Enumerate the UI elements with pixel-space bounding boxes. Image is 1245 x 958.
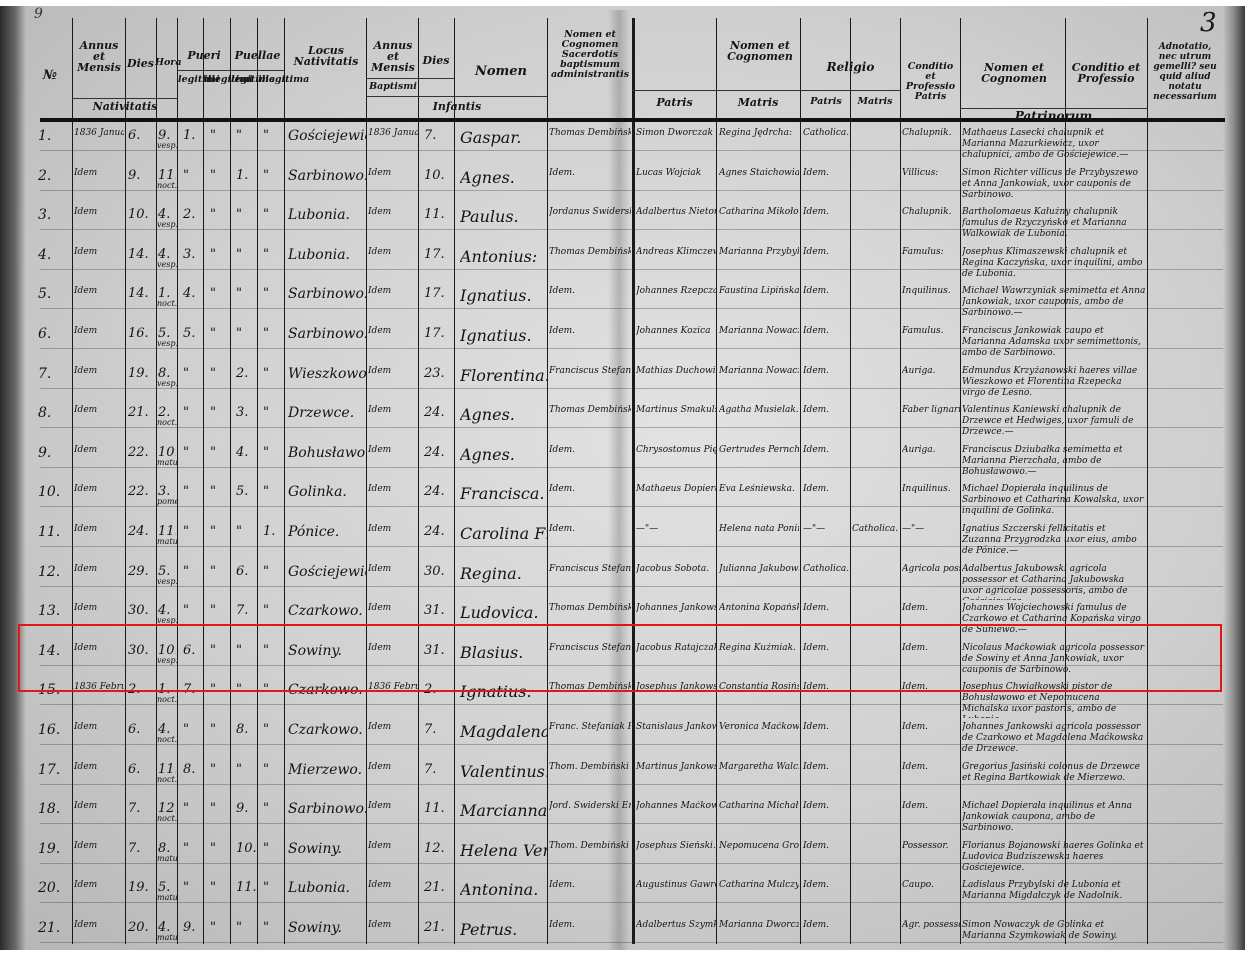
godparents: Michael Dopierała inquilinus et Anna Jan… (962, 801, 1147, 837)
girls-legitimate: 6. (236, 564, 256, 579)
baptism-year-month: Idem (368, 920, 418, 931)
header-parents-name: Nomen et Cognomen (700, 40, 820, 62)
birth-year-month: Idem (74, 801, 124, 812)
godparents: Gregorius Jasiński colonus de Drzewce et… (962, 762, 1147, 798)
boys-legitimate: " (183, 168, 203, 183)
birth-hour-note: matut. (157, 934, 177, 942)
birth-day: 21. (128, 405, 154, 420)
godparents: Valentinus Kaniewski chalupnik de Drzewc… (962, 405, 1147, 441)
infant-name: Agnes. (460, 445, 548, 464)
infant-name: Paulus. (460, 207, 548, 226)
column-rule (716, 18, 717, 944)
father-name: Stanislaus Jankowski. (636, 722, 716, 733)
entry-number: 16. (38, 722, 68, 738)
header-baptismi: Baptismi (367, 82, 419, 92)
girls-illegitimate: " (263, 603, 283, 618)
priest-name: Idem. (549, 168, 631, 179)
priest-name: Thomas Dembiński Mansionarius loci: (549, 405, 631, 416)
father-name: Josephus Sieński. (636, 841, 716, 852)
place-of-birth: Lubonia. (288, 880, 366, 896)
boys-legitimate: " (183, 405, 203, 420)
father-occupation: Idem. (902, 603, 960, 614)
girls-legitimate: 1. (236, 168, 256, 183)
column-rule (900, 18, 901, 944)
father-occupation: —"— (902, 524, 960, 535)
mother-name: Eva Leśniewska. (719, 484, 799, 495)
entry-number: 2. (38, 168, 68, 184)
baptism-year-month: Idem (368, 247, 418, 258)
boys-legitimate: 3. (183, 247, 203, 262)
corner-mark: 9 (34, 6, 43, 22)
header-baptism-year-month: Annus et Mensis (367, 40, 419, 73)
header-religion: Religio (801, 62, 900, 73)
baptism-day: 17. (424, 247, 452, 262)
column-rule (156, 18, 157, 944)
birth-year-month: Idem (74, 603, 124, 614)
birth-hour: 4. (158, 920, 176, 935)
girls-legitimate: " (236, 286, 256, 301)
birth-hour-note: noct. (157, 419, 177, 427)
mother-name: Marianna Nowaczyk. (719, 366, 799, 377)
girls-legitimate: " (236, 524, 256, 539)
header-rule (177, 70, 284, 71)
father-name: Mathaeus Dopierała. (636, 484, 716, 495)
priest-name: Thom. Dembiński M. l. (549, 762, 631, 773)
birth-hour-note: matut. (157, 855, 177, 863)
birth-hour: 1. (158, 286, 176, 301)
infant-name: Florentina. (460, 366, 548, 385)
girls-legitimate: 4. (236, 445, 256, 460)
infant-name: Helena Veronica. (460, 841, 548, 860)
header-baptism-day: Dies (418, 55, 454, 66)
father-name: Johannes Kozica (636, 326, 716, 337)
baptism-year-month: Idem (368, 445, 418, 456)
girls-legitimate: " (236, 326, 256, 341)
priest-name: Jord. Świderski Emer. loci. (549, 801, 631, 812)
place-of-birth: Mierzewo. (288, 762, 366, 778)
father-occupation: Villicus: (902, 168, 960, 179)
godparents: Adalbertus Jakubowski agricola possessor… (962, 564, 1147, 600)
baptism-year-month: Idem (368, 801, 418, 812)
header-puellae: Puellae (231, 50, 284, 61)
birth-year-month: Idem (74, 841, 124, 852)
header-pueri-legitimi: legitimi (178, 75, 204, 85)
birth-hour: 5. (158, 880, 176, 895)
entry-number: 11. (38, 524, 68, 540)
boys-illegitimate: " (210, 445, 230, 460)
header-number: № (30, 70, 70, 81)
birth-hour: 5. (158, 326, 176, 341)
father-name: Lucas Wojciak (636, 168, 716, 179)
birth-hour-note: vesp. (157, 261, 177, 269)
entry-number: 19. (38, 841, 68, 857)
mother-name: Julianna Jakubowska. (719, 564, 799, 575)
godparents: Mathaeus Lasecki chalupnik et Marianna M… (962, 128, 1147, 164)
girls-legitimate: " (236, 128, 256, 143)
header-pueri-illegitimi: illegitimi (204, 75, 230, 85)
place-of-birth: Gościejewice. (288, 128, 366, 144)
infant-name: Ignatius. (460, 326, 548, 345)
entry-number: 8. (38, 405, 68, 421)
religion-father: Idem. (803, 405, 851, 416)
boys-legitimate: 2. (183, 207, 203, 222)
baptism-year-month: Idem (368, 366, 418, 377)
religion-father: Idem. (803, 603, 851, 614)
mother-name: Agatha Musielak. (719, 405, 799, 416)
column-rule (800, 18, 801, 944)
birth-year-month: Idem (74, 564, 124, 575)
entry-number: 10. (38, 484, 68, 500)
father-name: Mathias Duchowiak. (636, 366, 716, 377)
girls-illegitimate: " (263, 366, 283, 381)
baptism-day: 7. (424, 128, 452, 143)
priest-name: Idem. (549, 445, 631, 456)
header-infantis: Infantis (367, 101, 547, 112)
father-name: Johannes Jankowski (636, 603, 716, 614)
header-rule (72, 98, 177, 99)
baptism-year-month: Idem (368, 564, 418, 575)
mother-name: Nepomucena Grocholska. (719, 841, 799, 852)
birth-hour-note: matut. (157, 538, 177, 546)
birth-day: 7. (128, 841, 154, 856)
girls-illegitimate: " (263, 128, 283, 143)
header-mother: Matris (716, 97, 800, 108)
place-of-birth: Drzewce. (288, 405, 366, 421)
birth-hour: 11. (158, 168, 176, 183)
header-patrinorum: Patrinorum (960, 111, 1147, 122)
baptism-day: 31. (424, 603, 452, 618)
header-birth-year-month: Annus et Mensis (74, 40, 124, 73)
infant-name: Ignatius. (460, 286, 548, 305)
boys-illegitimate: " (210, 484, 230, 499)
priest-name: Thomas Dembiński Mansionarius: (549, 128, 631, 139)
mother-name: Faustina Lipińska. (719, 286, 799, 297)
girls-legitimate: 10. (236, 841, 256, 856)
boys-illegitimate: " (210, 524, 230, 539)
birth-hour-note: vesp. (157, 340, 177, 348)
infant-name: Valentinus. (460, 762, 548, 781)
boys-legitimate: 4. (183, 286, 203, 301)
header-priest: Nomen et Cognomen Sacerdotis baptismum a… (548, 30, 632, 80)
boys-legitimate: 5. (183, 326, 203, 341)
column-rule (960, 18, 961, 944)
religion-father: Idem. (803, 207, 851, 218)
priest-name: Thom. Dembiński M. l. (549, 841, 631, 852)
mother-name: Gertrudes Pernchała. (719, 445, 799, 456)
entry-number: 4. (38, 247, 68, 263)
baptism-day: 21. (424, 880, 452, 895)
entry-number: 1. (38, 128, 68, 144)
religion-father: —"— (803, 524, 851, 535)
baptism-year-month: Idem (368, 841, 418, 852)
religion-father: Idem. (803, 247, 851, 258)
boys-illegitimate: " (210, 841, 230, 856)
birth-hour: 11. (158, 524, 176, 539)
boys-illegitimate: " (210, 326, 230, 341)
header-religion-mother: Matris (850, 97, 900, 107)
header-rule (366, 78, 454, 79)
girls-legitimate: 9. (236, 801, 256, 816)
girls-legitimate: " (236, 920, 256, 935)
birth-day: 29. (128, 564, 154, 579)
birth-year-month: Idem (74, 366, 124, 377)
boys-illegitimate: " (210, 405, 230, 420)
birth-day: 22. (128, 484, 154, 499)
priest-name: Idem. (549, 524, 631, 535)
header-rule (632, 90, 900, 91)
column-rule (230, 18, 231, 944)
birth-hour-note: vesp. (157, 221, 177, 229)
religion-father: Idem. (803, 762, 851, 773)
priest-name: Franciscus Stefaniak Praepositus loci: (549, 564, 631, 575)
religion-father: Idem. (803, 445, 851, 456)
boys-legitimate: " (183, 564, 203, 579)
boys-legitimate: " (183, 841, 203, 856)
boys-legitimate: " (183, 445, 203, 460)
entry-number: 17. (38, 762, 68, 778)
boys-illegitimate: " (210, 128, 230, 143)
baptism-year-month: Idem (368, 326, 418, 337)
birth-day: 14. (128, 286, 154, 301)
baptism-day: 24. (424, 484, 452, 499)
birth-hour: 12. (158, 801, 176, 816)
birth-hour: 3. (158, 484, 176, 499)
boys-illegitimate: " (210, 603, 230, 618)
birth-hour-note: noct. (157, 736, 177, 744)
entry-number: 9. (38, 445, 68, 461)
girls-legitimate: 3. (236, 405, 256, 420)
girls-illegitimate: " (263, 405, 283, 420)
birth-hour: 8. (158, 366, 176, 381)
birth-day: 20. (128, 920, 154, 935)
girls-illegitimate: " (263, 722, 283, 737)
entry-number: 13. (38, 603, 68, 619)
entry-number: 6. (38, 326, 68, 342)
birth-year-month: Idem (74, 524, 124, 535)
boys-illegitimate: " (210, 366, 230, 381)
header-infant-name: Nomen (456, 66, 546, 77)
birth-hour-note: noct. (157, 815, 177, 823)
infant-name: Magdalena. (460, 722, 548, 741)
place-of-birth: Lubonia. (288, 247, 366, 263)
birth-year-month: Idem (74, 445, 124, 456)
baptism-year-month: Idem (368, 286, 418, 297)
father-occupation: Inquilinus. (902, 286, 960, 297)
column-rule (284, 18, 285, 944)
godparents: Simon Richter villicus de Przybyszewo et… (962, 168, 1147, 204)
priest-name: Thomas Dembiński Mansionarius loci: (549, 247, 631, 258)
boys-legitimate: " (183, 603, 203, 618)
father-occupation: Idem. (902, 801, 960, 812)
girls-legitimate: 8. (236, 722, 256, 737)
header-father: Patris (633, 97, 716, 108)
mother-name: Marianna Dworczak. (719, 920, 799, 931)
entry-number: 7. (38, 366, 68, 382)
column-rule (203, 18, 204, 944)
register-page-scan: 9 3 № Annus et Mensis Dies Hora Nativita… (0, 0, 1245, 958)
birth-hour: 4. (158, 207, 176, 222)
godparents: Simon Nowaczyk de Golinka et Marianna Sz… (962, 920, 1147, 956)
girls-illegitimate: " (263, 880, 283, 895)
boys-illegitimate: " (210, 722, 230, 737)
birth-day: 6. (128, 128, 154, 143)
birth-year-month: Idem (74, 762, 124, 773)
girls-illegitimate: " (263, 207, 283, 222)
header-father-occupation: Conditio et Professio Patris (901, 62, 960, 102)
baptism-day: 24. (424, 405, 452, 420)
entry-number: 5. (38, 286, 68, 302)
religion-father: Idem. (803, 484, 851, 495)
mother-name: Regina Jędrcha: (719, 128, 799, 139)
religion-father: Idem. (803, 801, 851, 812)
birth-hour: 4. (158, 247, 176, 262)
infant-name: Agnes. (460, 405, 548, 424)
mother-name: Catharina Mulczyk. (719, 880, 799, 891)
priest-name: Franc. Stefaniak Praep. (549, 722, 631, 733)
girls-illegitimate: " (263, 484, 283, 499)
infant-name: Antonius: (460, 247, 548, 266)
boys-illegitimate: " (210, 207, 230, 222)
column-rule (257, 18, 258, 944)
baptism-day: 7. (424, 722, 452, 737)
boys-illegitimate: " (210, 564, 230, 579)
girls-illegitimate: " (263, 762, 283, 777)
birth-hour-note: pomerid. (157, 498, 177, 506)
infant-name: Carolina Francisca. (460, 524, 548, 543)
religion-father: Catholica. (803, 564, 851, 575)
birth-day: 16. (128, 326, 154, 341)
birth-year-month: Idem (74, 168, 124, 179)
birth-year-month: Idem (74, 326, 124, 337)
baptism-day: 24. (424, 524, 452, 539)
birth-year-month: 1836 Januarius (74, 128, 124, 139)
father-occupation: Idem. (902, 762, 960, 773)
column-rule (72, 18, 73, 944)
father-name: Martinus Smakulski. (636, 405, 716, 416)
birth-hour-note: noct. (157, 300, 177, 308)
father-name: Adalbertus Szymkowiak. (636, 920, 716, 931)
father-occupation: Auriga. (902, 366, 960, 377)
birth-day: 19. (128, 366, 154, 381)
godparents: Michael Wawrzyniak semimetta et Anna Jan… (962, 286, 1147, 322)
baptism-year-month: Idem (368, 207, 418, 218)
mother-name: Margaretha Walczak. (719, 762, 799, 773)
header-rule (366, 96, 547, 97)
girls-illegitimate: " (263, 286, 283, 301)
boys-legitimate: " (183, 524, 203, 539)
religion-father: Idem. (803, 286, 851, 297)
girls-illegitimate: " (263, 168, 283, 183)
religion-father: Idem. (803, 366, 851, 377)
infant-name: Regina. (460, 564, 548, 583)
baptism-day: 30. (424, 564, 452, 579)
godparents: Franciscus Jankowiak caupo et Marianna A… (962, 326, 1147, 362)
father-name: Adalbertus Nietorzyński: (636, 207, 716, 218)
infant-name: Marcianna. (460, 801, 548, 820)
place-of-birth: Sarbinowo. (288, 286, 366, 302)
mother-name: Helena nata Ponińska, primo voto Rakowsk… (719, 524, 799, 535)
birth-hour: 5. (158, 564, 176, 579)
father-name: Augustinus Gawroński. (636, 880, 716, 891)
column-rule (177, 18, 178, 944)
place-of-birth: Sarbinowo. (288, 168, 366, 184)
header-puellae-legitima: legitima (231, 75, 257, 85)
scan-left-edge (0, 0, 26, 958)
place-of-birth: Golinka. (288, 484, 366, 500)
entry-number: 21. (38, 920, 68, 936)
priest-name: Jordanus Świderski Emeritus loci: (549, 207, 631, 218)
birth-hour-note: vesp. (157, 380, 177, 388)
father-occupation: Famulus: (902, 247, 960, 258)
header-puellae-illegitima: illegitima (258, 75, 284, 85)
column-rule (1147, 18, 1148, 944)
girls-illegitimate: " (263, 841, 283, 856)
birth-day: 24. (128, 524, 154, 539)
girls-illegitimate: 1. (263, 524, 283, 539)
godparents: Edmundus Krzyżanowski haeres villae Wies… (962, 366, 1147, 402)
priest-name: Thomas Dembiński Mansionarius loci: (549, 603, 631, 614)
mother-name: Veronica Maćkowska. (719, 722, 799, 733)
father-occupation: Agr. possessor. (902, 920, 960, 931)
baptism-year-month: Idem (368, 603, 418, 614)
godparents: Michael Dopierała inquilinus de Sarbinow… (962, 484, 1147, 520)
religion-father: Idem. (803, 841, 851, 852)
birth-hour: 4. (158, 603, 176, 618)
girls-legitimate: " (236, 247, 256, 262)
religion-father: Idem. (803, 168, 851, 179)
godparents: Franciscus Dziubałka semimetta et Marian… (962, 445, 1147, 481)
place-of-birth: Sarbinowo. (288, 801, 366, 817)
girls-illegitimate: " (263, 564, 283, 579)
baptism-year-month: Idem (368, 722, 418, 733)
father-occupation: Inquilinus. (902, 484, 960, 495)
baptism-day: 24. (424, 445, 452, 460)
birth-day: 6. (128, 762, 154, 777)
infant-name: Ludovica. (460, 603, 548, 622)
place-of-birth: Lubonia. (288, 207, 366, 223)
baptism-year-month: Idem (368, 168, 418, 179)
birth-day: 30. (128, 603, 154, 618)
priest-name: Idem. (549, 880, 631, 891)
father-name: Chrysostomus Piętrzak. (636, 445, 716, 456)
priest-name: Idem. (549, 326, 631, 337)
birth-hour-note: noct. (157, 776, 177, 784)
baptism-year-month: Idem (368, 524, 418, 535)
father-name: Johannes Maćkowiak. (636, 801, 716, 812)
birth-year-month: Idem (74, 920, 124, 931)
header-godparents-occupation: Conditio et Professio (1066, 62, 1146, 84)
infant-name: Antonina. (460, 880, 548, 899)
birth-day: 22. (128, 445, 154, 460)
boys-legitimate: 8. (183, 762, 203, 777)
religion-father: Idem. (803, 880, 851, 891)
place-of-birth: Czarkowo. (288, 603, 366, 619)
boys-illegitimate: " (210, 920, 230, 935)
mother-name: Agnes Staichowiak. (719, 168, 799, 179)
birth-day: 14. (128, 247, 154, 262)
father-occupation: Chalupnik. (902, 128, 960, 139)
column-rule (125, 18, 126, 944)
father-occupation: Agricola possessor. (902, 564, 960, 575)
religion-father: Idem. (803, 920, 851, 931)
priest-name: Franciscus Stefaniak Praepositus loci: (549, 366, 631, 377)
place-of-birth: Bohusławowo. (288, 445, 366, 461)
place-of-birth: Sowiny. (288, 841, 366, 857)
birth-day: 9. (128, 168, 154, 183)
entry-number: 18. (38, 801, 68, 817)
girls-legitimate: " (236, 207, 256, 222)
birth-hour: 9. (158, 128, 176, 143)
